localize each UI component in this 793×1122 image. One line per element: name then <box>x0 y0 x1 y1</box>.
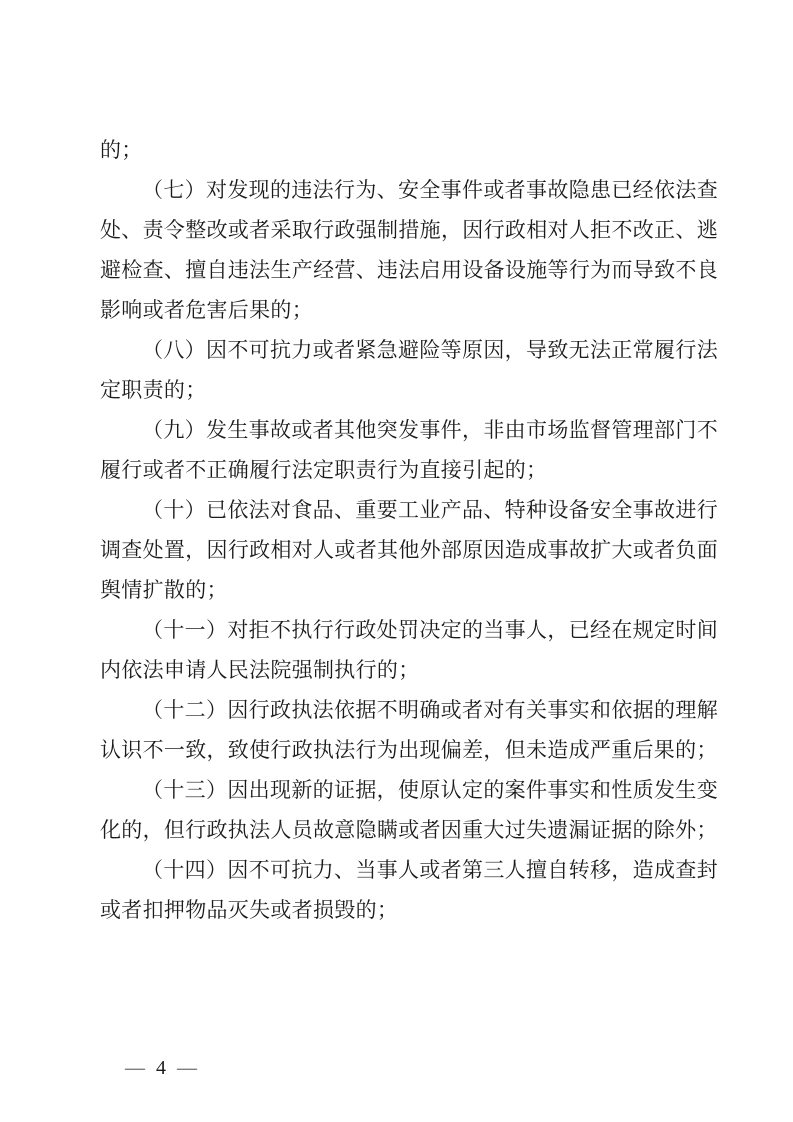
paragraph: （七）对发现的违法行为、安全事件或者事故隐患已经依法查处、责令整改或者采取行政强… <box>100 170 718 330</box>
paragraph: （十三）因出现新的证据，使原认定的案件事实和性质发生变化的，但行政执法人员故意隐… <box>100 770 718 850</box>
footer-left-dash: — <box>125 1057 147 1079</box>
paragraph: （十二）因行政执法依据不明确或者对有关事实和依据的理解认识不一致，致使行政执法行… <box>100 690 718 770</box>
paragraph: 的； <box>100 130 718 170</box>
paragraph: （十一）对拒不执行行政处罚决定的当事人，已经在规定时间内依法申请人民法院强制执行… <box>100 610 718 690</box>
page-number: 4 <box>147 1057 177 1079</box>
document-page: 的；（七）对发现的违法行为、安全事件或者事故隐患已经依法查处、责令整改或者采取行… <box>0 0 793 1122</box>
paragraph: （九）发生事故或者其他突发事件，非由市场监督管理部门不履行或者不正确履行法定职责… <box>100 410 718 490</box>
paragraph: （八）因不可抗力或者紧急避险等原因，导致无法正常履行法定职责的； <box>100 330 718 410</box>
page-number-footer: —4— <box>97 1029 199 1107</box>
footer-right-dash: — <box>177 1057 199 1079</box>
paragraph: （十）已依法对食品、重要工业产品、特种设备安全事故进行调查处置，因行政相对人或者… <box>100 490 718 610</box>
paragraph: （十四）因不可抗力、当事人或者第三人擅自转移，造成查封或者扣押物品灭失或者损毁的… <box>100 850 718 930</box>
document-body: 的；（七）对发现的违法行为、安全事件或者事故隐患已经依法查处、责令整改或者采取行… <box>100 130 718 930</box>
